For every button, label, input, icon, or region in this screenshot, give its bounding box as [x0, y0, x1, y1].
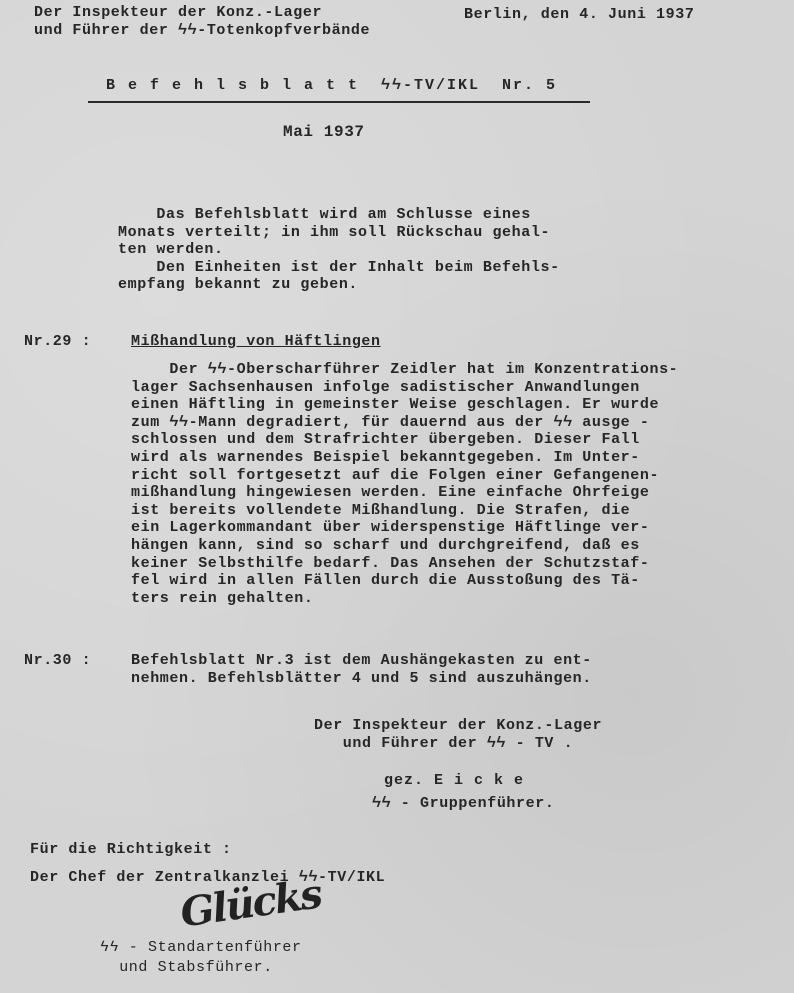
- item-29-line: keiner Selbsthilfe bedarf. Das Ansehen d…: [131, 555, 678, 573]
- item-29-line: wird als warnendes Beispiel bekanntgegeb…: [131, 449, 678, 467]
- item-body-29: Der ϟϟ-Oberscharführer Zeidler hat im Ko…: [131, 361, 678, 607]
- intro-line: Das Befehlsblatt wird am Schlusse eines: [118, 206, 560, 224]
- certification-line: Für die Richtigkeit :: [30, 836, 385, 864]
- item-number-30: Nr.30 :: [24, 652, 91, 670]
- item-29-line: fel wird in allen Fällen durch die Ausst…: [131, 572, 678, 590]
- place-date: Berlin, den 4. Juni 1937: [464, 6, 694, 24]
- item-30-line: nehmen. Befehlsblätter 4 und 5 sind ausz…: [131, 670, 592, 688]
- certifier-rank: ϟϟ - Standartenführer und Stabsführer.: [100, 938, 302, 978]
- certifier-rank-line: und Stabsführer.: [100, 958, 302, 978]
- signed-name: gez. E i c k e: [384, 772, 524, 790]
- intro-paragraph: Das Befehlsblatt wird am Schlusse einesM…: [118, 206, 560, 294]
- item-29-line: ters rein gehalten.: [131, 590, 678, 608]
- certification-block: Für die Richtigkeit :Der Chef der Zentra…: [30, 836, 385, 892]
- item-29-line: einen Häftling in gemeinster Weise gesch…: [131, 396, 678, 414]
- item-29-line: ein Lagerkommandant über widerspenstige …: [131, 519, 678, 537]
- signed-rank: ϟϟ - Gruppenführer.: [372, 795, 554, 813]
- item-number-29: Nr.29 :: [24, 333, 91, 351]
- title-underline: [88, 101, 590, 103]
- sender-header: Der Inspekteur der Konz.-Lager und Führe…: [34, 4, 370, 40]
- item-29-line: schlossen und dem Strafrichter übergeben…: [131, 431, 678, 449]
- document-page: Der Inspekteur der Konz.-Lager und Führe…: [0, 0, 794, 993]
- intro-line: Monats verteilt; in ihm soll Rückschau g…: [118, 224, 560, 242]
- sender-line-2: und Führer der ϟϟ-Totenkopfverbände: [34, 22, 370, 39]
- item-29-line: Der ϟϟ-Oberscharführer Zeidler hat im Ko…: [131, 361, 678, 379]
- certifier-rank-line: ϟϟ - Standartenführer: [100, 938, 302, 958]
- item-title-29: Mißhandlung von Häftlingen: [131, 333, 381, 351]
- sender-line-1: Der Inspekteur der Konz.-Lager: [34, 4, 322, 21]
- item-body-30: Befehlsblatt Nr.3 ist dem Aushängekasten…: [131, 652, 592, 687]
- intro-line: empfang bekannt zu geben.: [118, 276, 560, 294]
- document-title: B e f e h l s b l a t t ϟϟ-TV/IKL Nr. 5: [106, 77, 557, 95]
- signature-block: Der Inspekteur der Konz.-Lager und Führe…: [314, 717, 602, 752]
- item-29-line: richt soll fortgesetzt auf die Folgen ei…: [131, 467, 678, 485]
- item-29-line: mißhandlung hingewiesen werden. Eine ein…: [131, 484, 678, 502]
- item-29-line: ist bereits vollendete Mißhandlung. Die …: [131, 502, 678, 520]
- intro-line: ten werden.: [118, 241, 560, 259]
- item-29-line: hängen kann, sind so scharf und durchgre…: [131, 537, 678, 555]
- intro-line: Den Einheiten ist der Inhalt beim Befehl…: [118, 259, 560, 277]
- signature-block-line: Der Inspekteur der Konz.-Lager: [314, 717, 602, 735]
- item-30-line: Befehlsblatt Nr.3 ist dem Aushängekasten…: [131, 652, 592, 670]
- document-month: Mai 1937: [283, 123, 365, 141]
- item-29-line: lager Sachsenhausen infolge sadistischer…: [131, 379, 678, 397]
- signature-block-line: und Führer der ϟϟ - TV .: [314, 735, 602, 753]
- item-29-line: zum ϟϟ-Mann degradiert, für dauernd aus …: [131, 414, 678, 432]
